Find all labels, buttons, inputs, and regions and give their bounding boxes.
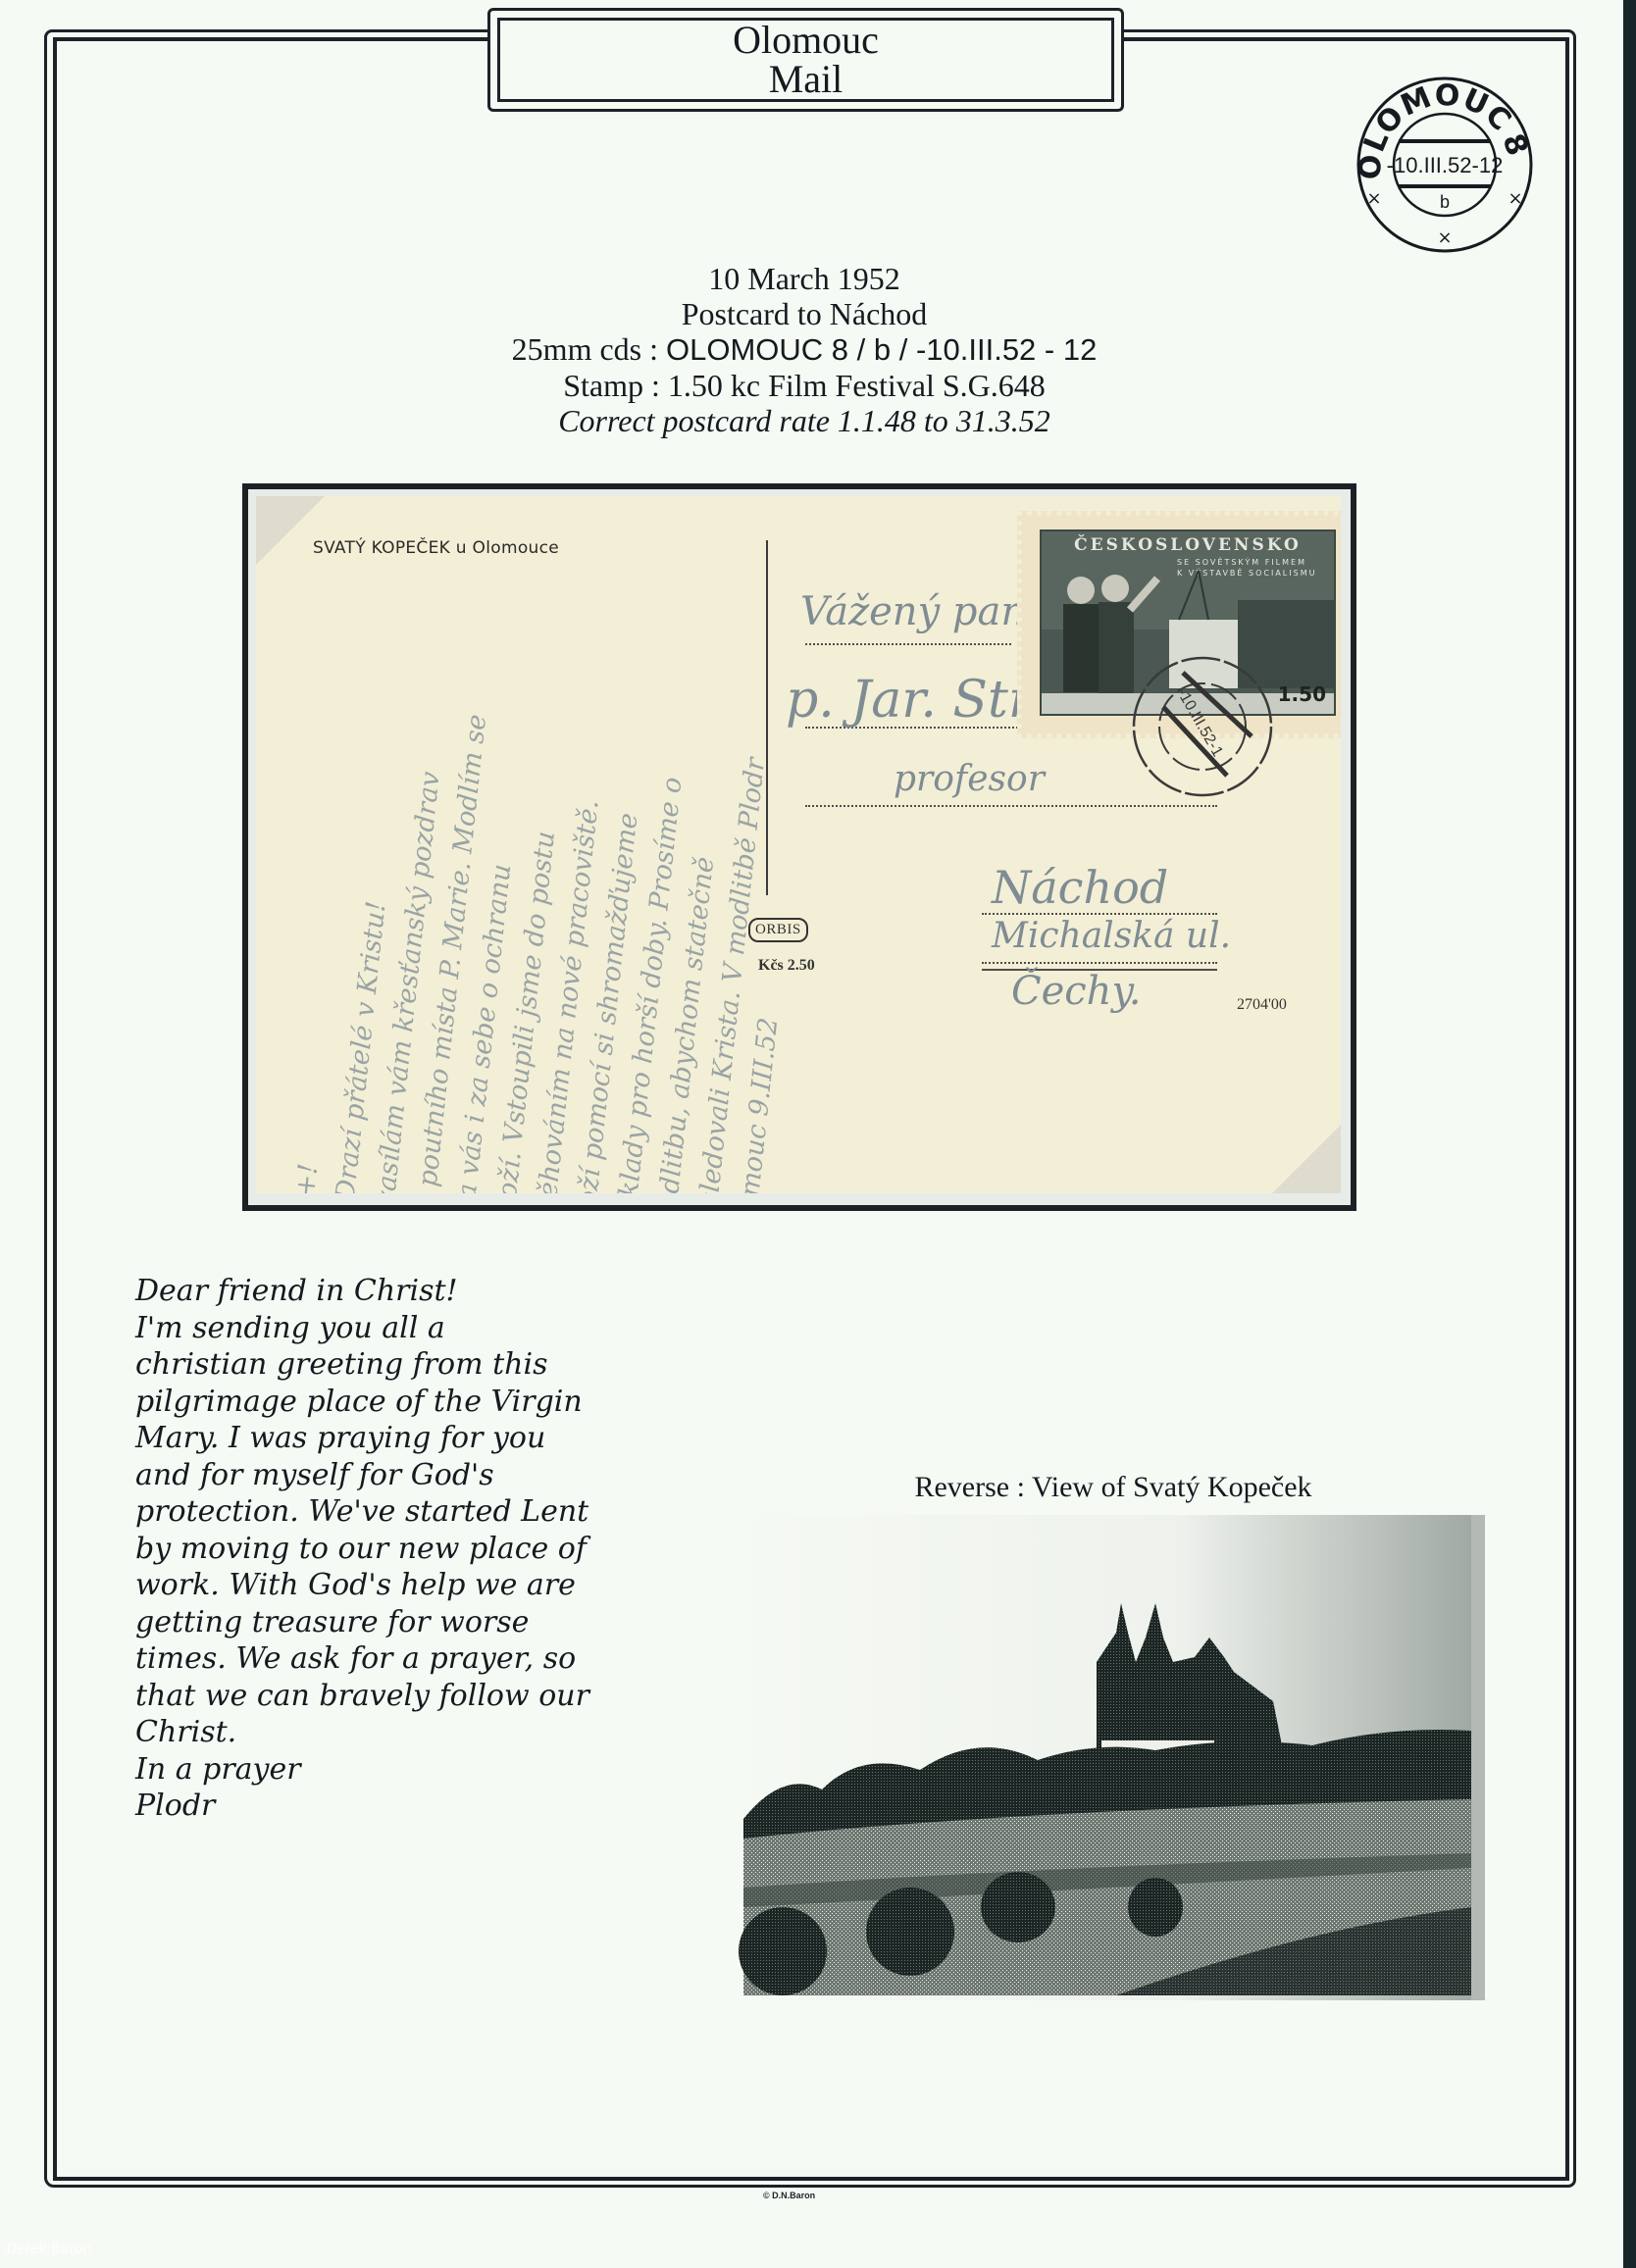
stamp-country: ČESKOSLOVENSKO [1042,535,1334,555]
stamp-value: 1.50 [1278,682,1326,706]
translation-line: Mary. I was praying for you [135,1420,724,1457]
address-title: profesor [894,759,1045,799]
postmark-ornament-bottom: × [1437,227,1452,248]
translation-line: In a prayer [135,1751,724,1789]
copyright-notice: © D.N.Baron [763,2191,815,2200]
stamp-subtitle-line1: SE SOVĚTSKÝM FILMEM [1177,557,1324,568]
page-title: Olomouc [733,21,879,60]
translation-line: Plodr [135,1788,724,1825]
translation-line: protection. We've started Lent [135,1493,724,1531]
cancellation-mark: -10.III.52-1 [1129,653,1276,800]
message-translation: Dear friend in Christ!I'm sending you al… [135,1273,724,1825]
handwritten-message: +!Drazí přátelé v Kristu!zasílám vám kře… [285,571,780,1193]
translation-line: christian greeting from this [135,1346,724,1384]
address-city: Náchod [992,861,1168,914]
reverse-view-photo [724,1515,1485,2000]
address-line-3 [805,805,1217,807]
postmark-ornament-right: × [1508,188,1522,209]
watermark: Derek Baron [6,2242,91,2257]
translation-line: times. We ask for a prayer, so [135,1640,724,1678]
caption-stamp: Stamp : 1.50 kc Film Festival S.G.648 [373,368,1236,403]
caption-date: 10 March 1952 [373,261,1236,296]
address-street: Michalská ul. [992,916,1231,956]
translation-line: by moving to our new place of [135,1531,724,1568]
translation-line: and for myself for God's [135,1457,724,1494]
postmark-code-letter: b [1440,192,1450,212]
caption-cds-label: 25mm cds : [512,331,666,367]
translation-line: getting treasure for worse [135,1604,724,1641]
item-caption: 10 March 1952 Postcard to Náchod 25mm cd… [373,261,1236,438]
postcard-divider [766,540,768,895]
publisher-logo: ORBIS [748,918,808,942]
scanner-edge-strip [1623,0,1636,2268]
postmark-ornament-left: × [1366,188,1381,209]
title-box: Olomouc Mail [487,8,1124,112]
translation-line: Dear friend in Christ! [135,1273,724,1310]
address-country: Čechy. [1011,969,1141,1014]
title-box-inner: Olomouc Mail [497,18,1114,102]
postcard-sleeve: +!Drazí přátelé v Kristu!zasílám vám kře… [248,489,1351,1205]
translation-line: work. With God's help we are [135,1567,724,1604]
postmark-illustration: OLOMOUC8 -10.III.52-12 b × × × [1355,75,1535,255]
caption-rate-note: Correct postcard rate 1.1.48 to 31.3.52 [373,403,1236,438]
translation-line: that we can bravely follow our [135,1678,724,1715]
postcard: +!Drazí přátelé v Kristu!zasílám vám kře… [256,496,1341,1193]
postcard-printed-title: SVATÝ KOPEČEK u Olomouce [313,538,559,558]
address-line-1 [805,643,1011,645]
address-salutation: Vážený pan [800,589,1026,634]
address-line-5 [982,962,1217,964]
postcard-price: Kčs 2.50 [758,957,815,975]
postcard-print-code: 2704'00 [1237,996,1287,1014]
photo-corner-bottom-right [1272,1125,1341,1193]
translation-line: pilgrimage place of the Virgin [135,1384,724,1421]
caption-cds-value: OLOMOUC 8 / b / -10.III.52 - 12 [666,332,1097,367]
postmark-date: -10.III.52-12 [1387,153,1504,177]
translation-line: Christ. [135,1714,724,1751]
postcard-mount: +!Drazí přátelé v Kristu!zasílám vám kře… [242,483,1356,1211]
translation-line: I'm sending you all a [135,1310,724,1347]
reverse-caption: Reverse : View of Svatý Kopeček [726,1471,1501,1504]
caption-cds: 25mm cds : OLOMOUC 8 / b / -10.III.52 - … [373,331,1236,368]
caption-description: Postcard to Náchod [373,296,1236,331]
page-subtitle: Mail [769,60,844,99]
